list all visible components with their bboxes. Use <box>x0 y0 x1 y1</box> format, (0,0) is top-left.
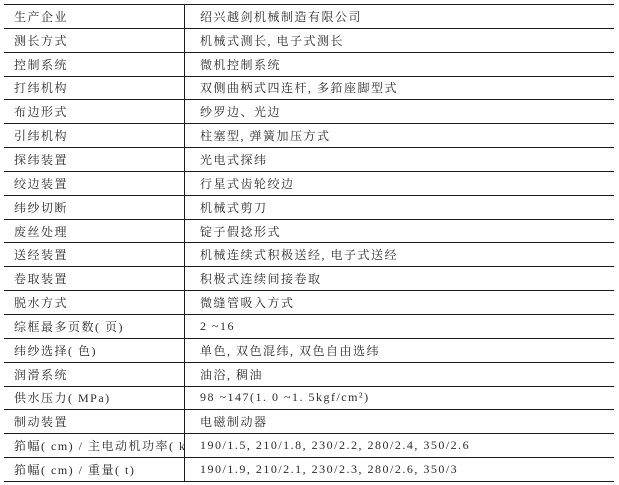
spec-label: 绞边装置 <box>4 172 185 195</box>
table-row: 综框最多页数( 页) 2 ~16 <box>4 315 614 339</box>
spec-label: 探纬装置 <box>4 148 185 171</box>
table-row: 送经装置 机械连续式积极送经, 电子式送经 <box>4 243 614 267</box>
spec-value: 双侧曲柄式四连杆, 多筘座脚型式 <box>185 77 614 100</box>
table-row: 废丝处理 锭子假捻形式 <box>4 220 614 244</box>
spec-value: 油浴, 稠油 <box>185 363 614 386</box>
table-row: 筘幅( cm) / 主电动机功率( kW) 190/1.5, 210/1.8, … <box>4 434 614 458</box>
spec-value: 机械式测长, 电子式测长 <box>185 29 614 52</box>
machine-spec-table: 生产企业 绍兴越剑机械制造有限公司 测长方式 机械式测长, 电子式测长 控制系统… <box>4 4 614 482</box>
table-row: 控制系统 微机控制系统 <box>4 53 614 77</box>
table-row: 生产企业 绍兴越剑机械制造有限公司 <box>4 5 614 29</box>
table-row: 纬纱选择( 色) 单色, 双色混纬, 双色自由选纬 <box>4 339 614 363</box>
spec-label: 纬纱切断 <box>4 196 185 219</box>
spec-value: 190/1.9, 210/2.1, 230/2.3, 280/2.6, 350/… <box>185 458 614 481</box>
spec-value: 微缝管吸入方式 <box>185 291 614 314</box>
spec-value: 190/1.5, 210/1.8, 230/2.2, 280/2.4, 350/… <box>185 434 614 457</box>
spec-value: 纱罗边、光边 <box>185 100 614 123</box>
spec-label: 综框最多页数( 页) <box>4 315 185 338</box>
table-row: 绞边装置 行星式齿轮绞边 <box>4 172 614 196</box>
spec-label: 生产企业 <box>4 5 185 28</box>
table-row: 制动装置 电磁制动器 <box>4 410 614 434</box>
table-row: 打纬机构 双侧曲柄式四连杆, 多筘座脚型式 <box>4 77 614 101</box>
spec-value: 机械连续式积极送经, 电子式送经 <box>185 243 614 266</box>
spec-label: 制动装置 <box>4 410 185 433</box>
spec-value: 行星式齿轮绞边 <box>185 172 614 195</box>
spec-label: 测长方式 <box>4 29 185 52</box>
spec-label: 布边形式 <box>4 100 185 123</box>
spec-value: 2 ~16 <box>185 315 614 338</box>
spec-label: 打纬机构 <box>4 77 185 100</box>
table-row: 卷取装置 积极式连续间接卷取 <box>4 267 614 291</box>
spec-label: 筘幅( cm) / 重量( t) <box>4 458 185 481</box>
table-row: 供水压力( MPa) 98 ~147(1. 0 ~1. 5kgf/cm²) <box>4 387 614 411</box>
spec-label: 卷取装置 <box>4 267 185 290</box>
spec-label: 送经装置 <box>4 243 185 266</box>
spec-value: 微机控制系统 <box>185 53 614 76</box>
spec-label: 纬纱选择( 色) <box>4 339 185 362</box>
table-row: 探纬装置 光电式探纬 <box>4 148 614 172</box>
spec-label: 引纬机构 <box>4 124 185 147</box>
table-row: 测长方式 机械式测长, 电子式测长 <box>4 29 614 53</box>
spec-value: 积极式连续间接卷取 <box>185 267 614 290</box>
table-row: 润滑系统 油浴, 稠油 <box>4 363 614 387</box>
table-row: 脱水方式 微缝管吸入方式 <box>4 291 614 315</box>
spec-label: 供水压力( MPa) <box>4 387 185 410</box>
table-row: 筘幅( cm) / 重量( t) 190/1.9, 210/2.1, 230/2… <box>4 458 614 482</box>
table-row: 布边形式 纱罗边、光边 <box>4 100 614 124</box>
spec-value: 单色, 双色混纬, 双色自由选纬 <box>185 339 614 362</box>
spec-label: 控制系统 <box>4 53 185 76</box>
spec-label: 筘幅( cm) / 主电动机功率( kW) <box>4 434 185 457</box>
table-row: 纬纱切断 机械式剪刀 <box>4 196 614 220</box>
spec-value: 98 ~147(1. 0 ~1. 5kgf/cm²) <box>185 387 614 410</box>
spec-value: 柱塞型, 弹簧加压方式 <box>185 124 614 147</box>
spec-label: 脱水方式 <box>4 291 185 314</box>
spec-value: 锭子假捻形式 <box>185 220 614 243</box>
spec-value: 电磁制动器 <box>185 410 614 433</box>
spec-value: 光电式探纬 <box>185 148 614 171</box>
table-row: 引纬机构 柱塞型, 弹簧加压方式 <box>4 124 614 148</box>
spec-label: 润滑系统 <box>4 363 185 386</box>
spec-value: 机械式剪刀 <box>185 196 614 219</box>
spec-value: 绍兴越剑机械制造有限公司 <box>185 5 614 28</box>
spec-label: 废丝处理 <box>4 220 185 243</box>
